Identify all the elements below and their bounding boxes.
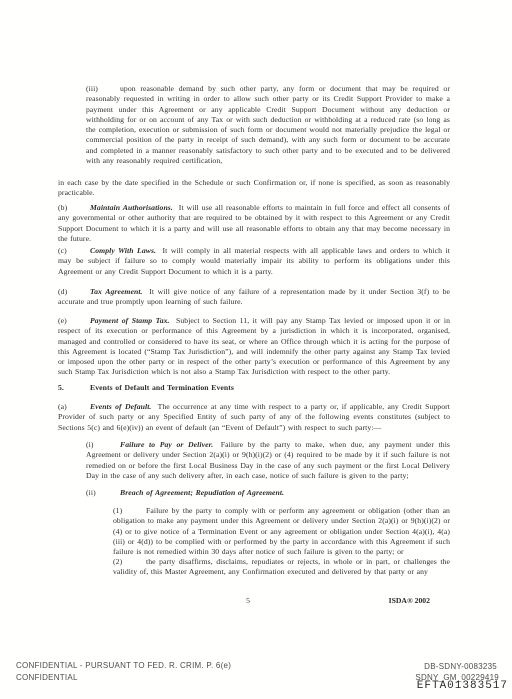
- clause-marker: (i): [86, 440, 120, 450]
- clause-marker: (iii): [86, 84, 120, 94]
- clause-title: Events of Default and Termination Events: [90, 383, 234, 392]
- clause-title: Tax Agreement.: [90, 287, 143, 296]
- confidential-stamp-line1: CONFIDENTIAL - PURSUANT TO FED. R. CRIM.…: [16, 661, 231, 670]
- clause-4c: (c)Comply With Laws. It will comply in a…: [58, 246, 450, 277]
- clause-text: in each case by the date specified in th…: [58, 178, 450, 197]
- clause-5a-ii-2: (2)the party disaffirms, disclaims, repu…: [113, 557, 450, 578]
- scanned-document-page: (iii)upon reasonable demand by such othe…: [0, 0, 512, 699]
- clause-marker: (b): [58, 203, 90, 213]
- clause-title: Comply With Laws.: [90, 246, 156, 255]
- clause-marker: (ii): [86, 488, 120, 498]
- section-5-heading: 5.Events of Default and Termination Even…: [58, 383, 450, 393]
- bates-number-1: DB-SDNY-0083235: [424, 662, 497, 671]
- clause-5a-i: (i)Failure to Pay or Deliver. Failure by…: [86, 440, 450, 481]
- clause-title: Breach of Agreement; Repudiation of Agre…: [120, 488, 284, 497]
- clause-text: the party disaffirms, disclaims, repudia…: [113, 557, 450, 576]
- clause-marker: 5.: [58, 383, 90, 393]
- clause-4d: (d)Tax Agreement. It will give notice of…: [58, 287, 450, 308]
- clause-4-tail: in each case by the date specified in th…: [58, 178, 450, 199]
- clause-text: Failure by the party to comply with or p…: [113, 506, 450, 556]
- confidential-stamp-line2: CONFIDENTIAL: [16, 673, 78, 682]
- bates-number-3: EFTA01383517: [417, 680, 508, 692]
- page-footer: 5 ISDA® 2002: [58, 596, 450, 608]
- clause-4b: (b)Maintain Authorisations. It will use …: [58, 203, 450, 244]
- clause-5a-ii-1: (1)Failure by the party to comply with o…: [113, 506, 450, 557]
- clause-marker: (e): [58, 316, 90, 326]
- clause-title: Payment of Stamp Tax.: [90, 316, 170, 325]
- clause-text: upon reasonable demand by such other par…: [86, 84, 450, 165]
- clause-marker: (2): [113, 557, 146, 567]
- clause-marker: (a): [58, 402, 90, 412]
- clause-4e: (e)Payment of Stamp Tax. Subject to Sect…: [58, 316, 450, 378]
- clause-title: Maintain Authorisations.: [90, 203, 173, 212]
- clause-5a: (a)Events of Default. The occurrence at …: [58, 402, 450, 433]
- clause-marker: (d): [58, 287, 90, 297]
- page-number: 5: [58, 596, 438, 605]
- isda-copyright-mark: ISDA® 2002: [389, 596, 430, 605]
- clause-text: Subject to Section 11, it will pay any S…: [58, 316, 450, 376]
- clause-marker: (c): [58, 246, 90, 256]
- clause-5a-ii: (ii)Breach of Agreement; Repudiation of …: [86, 488, 450, 498]
- clause-4-iii: (iii)upon reasonable demand by such othe…: [86, 84, 450, 166]
- clause-marker: (1): [113, 506, 146, 516]
- clause-title: Events of Default.: [90, 402, 151, 411]
- clause-title: Failure to Pay or Deliver.: [120, 440, 213, 449]
